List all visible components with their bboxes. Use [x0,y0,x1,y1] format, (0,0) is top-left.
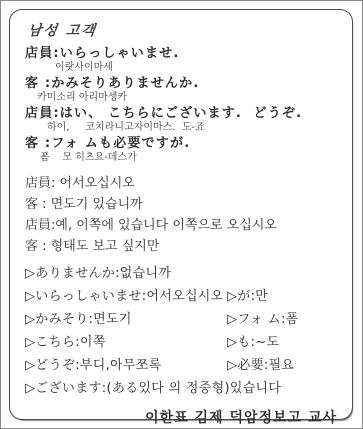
korean-translation-section: 店員: 어서오십시오 客 : 면도기 있습니까 店員:예, 이쪽에 있습니다 이… [25,173,342,257]
vocab-entry: ▷かみそり:면도기 [25,308,227,331]
dialogue-line: 客 :フォ ムも必要ですが. [25,136,342,151]
vocab-entry: ▷どうぞ:부디,아무쪼록 [25,354,227,377]
vocab-row: ▷ありませんか:없습니까 [25,262,342,285]
vocab-entry: ▷必要:필요 [227,354,294,377]
vocab-entry: ▷が:만 [227,285,268,308]
pronunciation-line: 카미소리 아리마셍카 [37,91,342,104]
vocab-entry: ▷も:~도 [227,331,279,354]
vocab-row: ▷いらっしゃいませ:어서오십시오 ▷が:만 [25,285,342,308]
translation-line: 客 : 면도기 있습니까 [25,194,342,215]
vocab-entry: ▷いらっしゃいませ:어서오십시오 [25,285,227,308]
vocab-entry: ▷こちら:이쪽 [25,331,227,354]
pronunciation-line: 이랏사이마세 [55,61,342,74]
translation-line: 店員: 어서오십시오 [25,173,342,194]
vocab-row: ▷かみそり:면도기 ▷フォ ム:폼 [25,308,342,331]
translation-line: 店員:예, 이쪽에 있습니다 이쪽으로 오십시오 [25,215,342,236]
lesson-sheet-border: 남성 고객 店員:いらっしゃいませ. 이랏사이마세 客 :かみそりありませんか.… [9,9,353,420]
vocab-row: ▷どうぞ:부디,아무쪼록 ▷必要:필요 [25,354,342,377]
vocab-entry: ▷フォ ム:폼 [227,308,299,331]
dialogue-pair: 店員:はい、 こちらにございます. どうぞ. 하이, 코치라니고자이마스. 도-… [25,106,342,134]
dialogue-pair: 客 :フォ ムも必要ですが. 폼 모 히츠요-데스가 [25,136,342,164]
pronunciation-line: 폼 모 히츠요-데스가 [40,151,342,164]
lesson-page: 남성 고객 店員:いらっしゃいませ. 이랏사이마세 客 :かみそりありませんか.… [0,0,363,429]
japanese-dialogue-section: 店員:いらっしゃいませ. 이랏사이마세 客 :かみそりありませんか. 카미소리 … [25,46,342,164]
dialogue-line: 店員:はい、 こちらにございます. どうぞ. [25,106,342,121]
dialogue-line: 客 :かみそりありませんか. [25,76,342,91]
vocab-entry: ▷ありませんか:없습니까 [25,262,171,285]
author-credit: 이한표 김제 덕암정보고 교사 [25,407,342,427]
translation-line: 客 : 형태도 보고 싶지만 [25,236,342,257]
vocabulary-section: ▷ありませんか:없습니까 ▷いらっしゃいませ:어서오십시오 ▷が:만 ▷かみそり… [25,262,342,400]
vocab-entry: ▷ございます:(ある있다 의 정중형)있습니다 [25,377,281,400]
dialogue-pair: 客 :かみそりありませんか. 카미소리 아리마셍카 [25,76,342,104]
dialogue-pair: 店員:いらっしゃいませ. 이랏사이마세 [25,46,342,74]
pronunciation-line: 하이, 코치라니고자이마스. 도-죠 [47,121,342,134]
vocab-row: ▷ございます:(ある있다 의 정중형)있습니다 [25,377,342,400]
vocab-row: ▷こちら:이쪽 ▷も:~도 [25,331,342,354]
page-title: 남성 고객 [27,20,343,40]
dialogue-line: 店員:いらっしゃいませ. [25,46,342,61]
